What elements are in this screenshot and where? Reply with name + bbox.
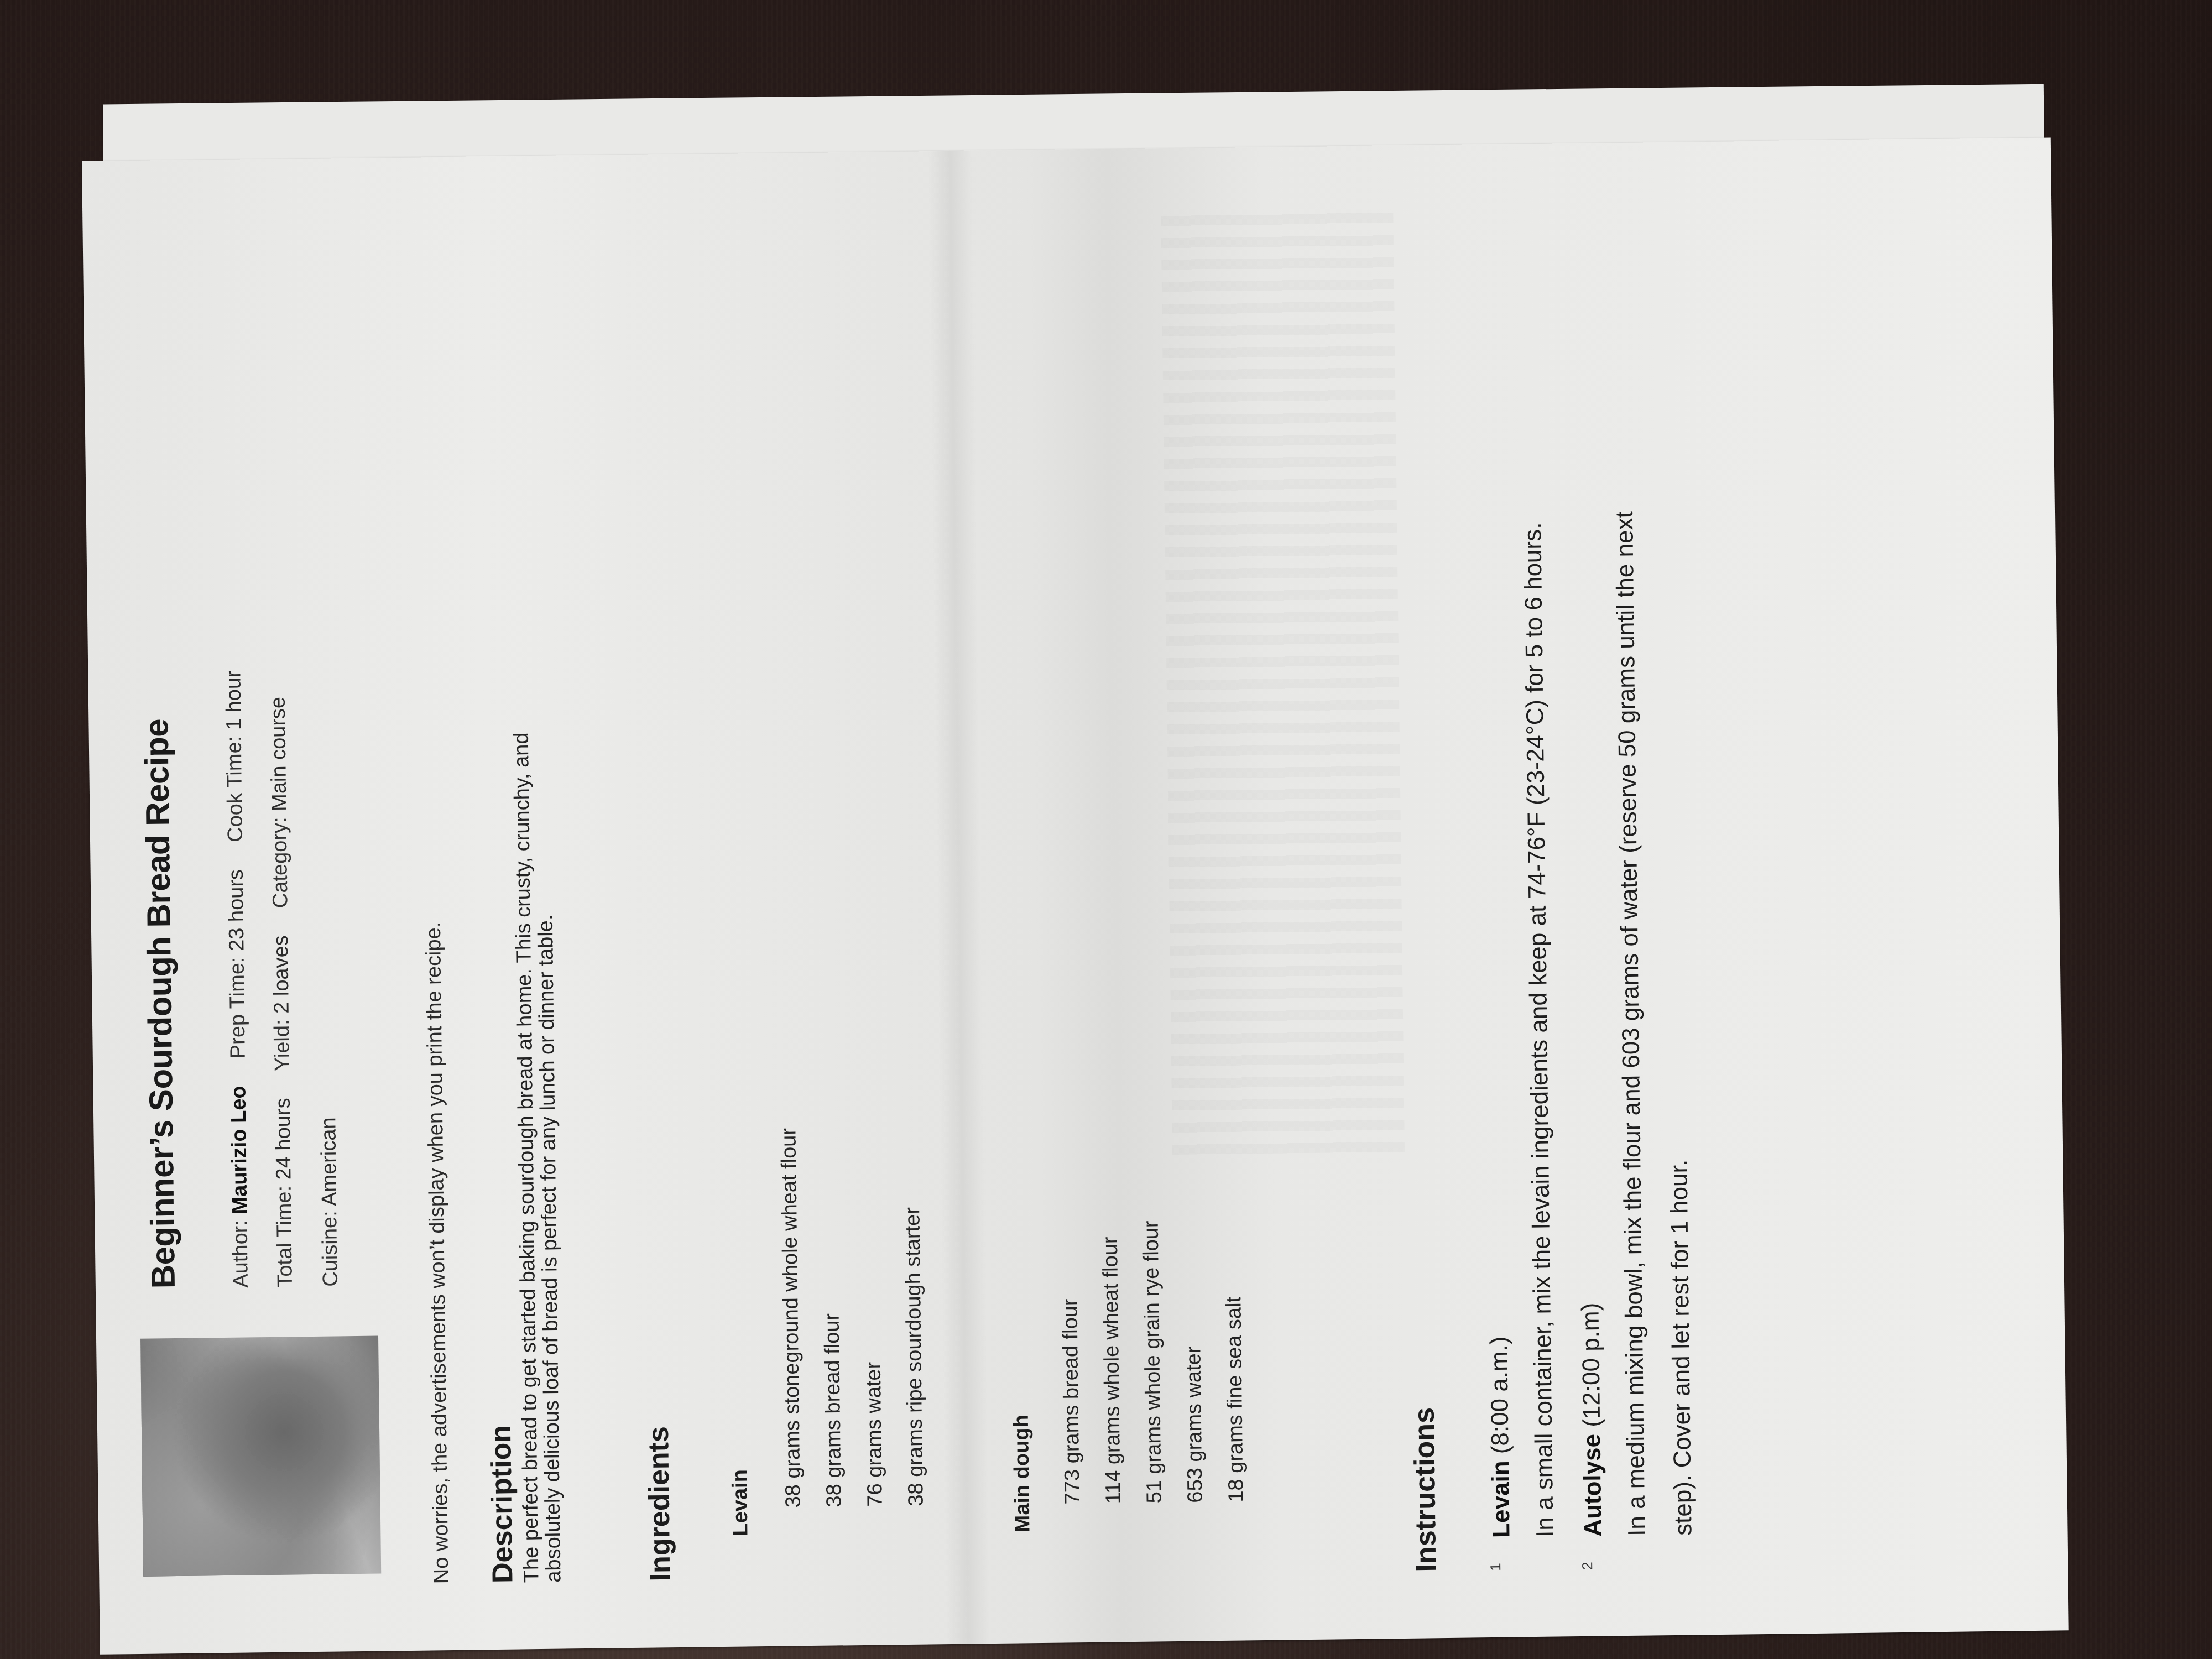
total-time-value: 24 hours (272, 1098, 296, 1180)
prep-time-value: 23 hours (225, 869, 249, 951)
step-time: (8:00 a.m.) (1485, 1336, 1514, 1454)
list-item: 76 grams water (850, 1127, 895, 1507)
instruction-steps: 1 Levain (8:00 a.m.) In a small containe… (1465, 186, 1712, 1571)
recipe-printout: Beginner’s Sourdough Bread Recipe Author… (82, 138, 2069, 1655)
list-item: 38 grams ripe sourdough starter (891, 1126, 936, 1506)
meta-row-author: Author: Maurizio Leo Prep Time: 23 hours… (222, 670, 253, 1288)
cook-time-label: Cook Time: (223, 736, 247, 843)
recipe-document: Beginner’s Sourdough Bread Recipe Author… (115, 160, 2046, 1599)
category-value: Main course (267, 697, 291, 811)
list-item: 18 grams fine sea salt (1213, 1219, 1257, 1503)
step-time: (12:00 p.m) (1577, 1302, 1605, 1427)
instruction-step-levain: 1 Levain (8:00 a.m.) In a small containe… (1465, 188, 1569, 1572)
ingredient-group-main-dough: Main dough (1010, 1415, 1035, 1533)
recipe-title: Beginner’s Sourdough Bread Recipe (137, 719, 182, 1289)
step-title: Levain (1487, 1460, 1515, 1538)
meta-row-cuisine: Cuisine: American (317, 1117, 343, 1287)
list-item: 114 grams whole wheat flour (1090, 1221, 1134, 1504)
step-number: 1 (1487, 1563, 1504, 1571)
list-item: 773 grams bread flour (1049, 1222, 1093, 1505)
main-dough-ingredient-list: 773 grams bread flour 114 grams whole wh… (1049, 1219, 1257, 1505)
step-number: 2 (1579, 1562, 1596, 1570)
recipe-header: Beginner’s Sourdough Bread Recipe Author… (115, 180, 392, 1599)
meta-row-total: Total Time: 24 hours Yield: 2 loaves Cat… (267, 697, 298, 1287)
cook-time-value: 1 hour (222, 670, 246, 730)
description-text: The perfect bread to get started baking … (510, 732, 565, 1583)
ingredient-group-levain: Levain (728, 1469, 753, 1536)
cuisine-label: Cuisine: (318, 1211, 342, 1287)
list-item: 653 grams water (1172, 1220, 1216, 1503)
list-item: 38 grams stoneground whole wheat flour (768, 1128, 813, 1508)
levain-ingredient-list: 38 grams stoneground whole wheat flour 3… (768, 1126, 936, 1508)
bread-photo-icon (140, 1336, 381, 1577)
category-label: Category: (268, 817, 293, 908)
step-title: Autolyse (1578, 1434, 1606, 1537)
cuisine-value: American (317, 1117, 341, 1206)
print-notice: No worries, the advertisements won’t dis… (422, 921, 454, 1584)
author-label: Author: (228, 1220, 252, 1288)
total-time-label: Total Time: (273, 1186, 297, 1287)
instruction-step-autolyse: 2 Autolyse (12:00 p.m) In a medium mixin… (1557, 186, 1708, 1570)
instructions-heading: Instructions (1408, 1407, 1443, 1572)
prep-time-label: Prep Time: (226, 957, 250, 1058)
list-item: 38 grams bread flour (809, 1128, 854, 1507)
author-name: Maurizio Leo (227, 1086, 252, 1214)
list-item: 51 grams whole grain rye flour (1131, 1220, 1175, 1504)
ingredients-heading: Ingredients (642, 1426, 677, 1582)
yield-label: Yield: (270, 1019, 294, 1071)
description-heading: Description (484, 1425, 519, 1583)
yield-value: 2 loaves (269, 935, 294, 1014)
